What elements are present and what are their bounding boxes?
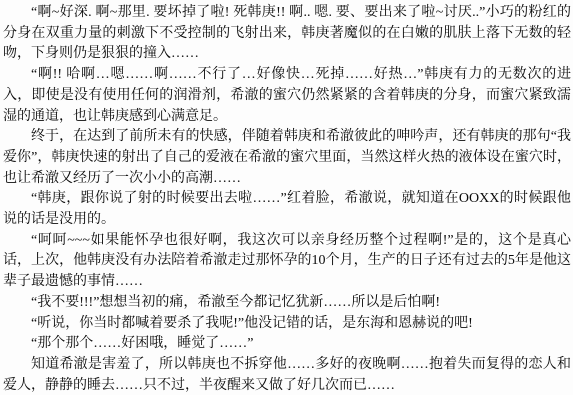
- paragraph-4: “韩庚，跟你说了射的时候要出去啦……”红着脸，希澈说，就知道在OOXX的时候跟他…: [3, 189, 571, 230]
- paragraph-5: “呵呵~~~如果能怀孕也很好啊，我这次可以亲身经历整个过程啊!”是的，这个是真心…: [3, 231, 571, 293]
- document-page: “啊~好深. 啊~那里. 要坏掉了啦! 死韩庚!! 啊.. 嗯. 要、要出来了啦…: [0, 0, 573, 395]
- paragraph-2: “啊!! 哈啊…嗯……啊……不行了…好像快…死掉……好热…”韩庚有力的无数次的进…: [3, 65, 571, 127]
- paragraph-3: 终于，在达到了前所未有的快感，伴随着韩庚和希澈彼此的呻吟声，还有韩庚的那句“我爱…: [3, 127, 571, 189]
- paragraph-9: 知道希澈是害羞了，所以韩庚也不拆穿他……多好的夜晚啊……抱着失而复得的恋人和爱人…: [3, 355, 571, 395]
- paragraph-8: “那个那个……好困哦，睡觉了……”: [3, 334, 571, 355]
- paragraph-6: “我不要!!!”想想当初的痛，希澈至今都记忆犹新……所以是后怕啊!: [3, 293, 571, 314]
- paragraph-7: “听说，你当时都喊着要杀了我呢!”他没记错的话，是东海和恩赫说的吧!: [3, 314, 571, 335]
- paragraph-1: “啊~好深. 啊~那里. 要坏掉了啦! 死韩庚!! 啊.. 嗯. 要、要出来了啦…: [3, 3, 571, 65]
